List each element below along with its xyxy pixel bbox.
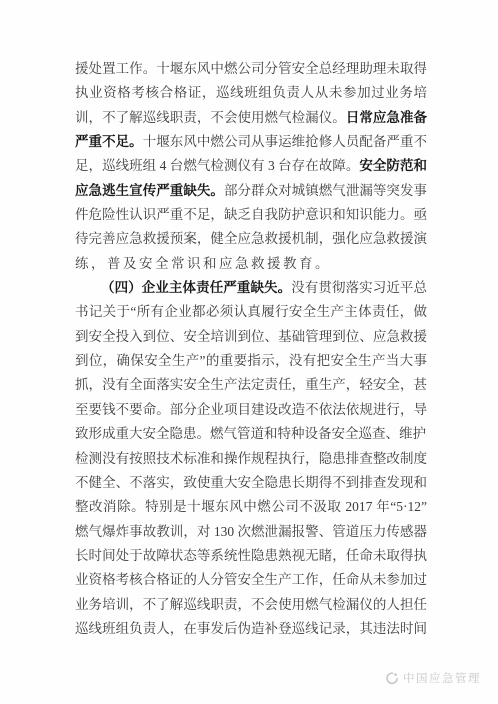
line-text: 到位，确保安全生产”的重要指示，没有把安全生产当大事 (75, 353, 427, 368)
text-line: 严重不足。十堰东风中燃公司从事运维抢修人员配备严重不 (75, 130, 427, 154)
line-text-bold: 日常应急准备 (346, 110, 427, 125)
line-text-bold: 安全防范和 (359, 158, 427, 173)
line-text: 巡线班组负责人，在事发后伪造补登巡线记录，其违法时间 (75, 621, 427, 636)
line-text: 业资格考核合格证的人分管安全生产工作，任命从未参加过 (75, 572, 427, 587)
line-text: 到安全投入到位、安全培训到位、基础管理到位、应急救援 (75, 329, 427, 344)
text-line: 到位，确保安全生产”的重要指示，没有把安全生产当大事 (75, 349, 427, 373)
text-line-paragraph-start: （四）企业主体责任严重缺失。没有贯彻落实习近平总 (75, 276, 427, 300)
line-text: 业务培训，不了解巡线职责，不会使用燃气检漏仪的人担任 (75, 597, 427, 612)
line-text: 致形成重大安全隐患。燃气管道和特种设备安全巡查、维护、 (75, 426, 427, 441)
text-line: 足，巡线班组 4 台燃气检测仪有 3 台存在故障。安全防范和 (75, 154, 427, 178)
text-line: 致形成重大安全隐患。燃气管道和特种设备安全巡查、维护、 (75, 422, 427, 446)
text-line: 到安全投入到位、安全培训到位、基础管理到位、应急救援 (75, 325, 427, 349)
line-text: 件危险性认识严重不足，缺乏自我防护意识和知识能力。亟 (75, 207, 427, 222)
text-line: 书记关于“所有企业都必须认真履行安全生产主体责任，做 (75, 300, 427, 324)
text-block: 援处置工作。十堰东风中燃公司分管安全总经理助理未取得 执业资格考核合格证，巡线班… (75, 57, 427, 641)
line-text: 书记关于“所有企业都必须认真履行安全生产主体责任，做 (75, 304, 427, 319)
text-line: 业务培训，不了解巡线职责，不会使用燃气检漏仪的人担任 (75, 593, 427, 617)
line-text: 不健全、不落实，致使重大安全隐患长期得不到排查发现和 (75, 475, 427, 490)
line-text: 燃气爆炸事故教训，对 130 次燃泄漏报警、管道压力传感器 (75, 524, 427, 539)
text-line: 燃气爆炸事故教训，对 130 次燃泄漏报警、管道压力传感器 (75, 520, 427, 544)
line-text: 十堰东风中燃公司从事运维抢修人员配备严重不 (143, 134, 427, 149)
line-text: 抓，没有全面落实安全生产法定责任，重生产，轻安全，甚 (75, 377, 427, 392)
line-text: 待完善应急救援预案，健全应急救援机制，强化应急救援演 (75, 231, 427, 246)
text-line: 训，不了解巡线职责，不会使用燃气检漏仪。日常应急准备 (75, 106, 427, 130)
text-line: 长时间处于故障状态等系统性隐患熟视无睹，任命未取得执 (75, 544, 427, 568)
line-text: 没有贯彻落实习近平总 (291, 280, 427, 295)
text-line: 巡线班组负责人，在事发后伪造补登巡线记录，其违法时间 (75, 617, 427, 641)
line-text: 练，普及安全常识和应急救援教育。 (75, 256, 331, 271)
line-text: 援处置工作。十堰东风中燃公司分管安全总经理助理未取得 (75, 61, 427, 76)
line-text: 部分群众对城镇燃气泄漏等突发事 (224, 183, 427, 198)
watermark-label: 中国应急管理 (403, 670, 481, 686)
text-line: 整改消除。特别是十堰东风中燃公司不汲取 2017 年“5·12” (75, 495, 427, 519)
text-line: 待完善应急救援预案，健全应急救援机制，强化应急救援演 (75, 227, 427, 251)
line-text: 至要钱不要命。部分企业项目建设改造不依法依规进行，导 (75, 402, 427, 417)
text-line: 件危险性认识严重不足，缺乏自我防护意识和知识能力。亟 (75, 203, 427, 227)
line-text: 整改消除。特别是十堰东风中燃公司不汲取 2017 年“5·12” (75, 499, 427, 514)
text-line: 不健全、不落实，致使重大安全隐患长期得不到排查发现和 (75, 471, 427, 495)
paragraph-heading-bold: （四）企业主体责任严重缺失。 (101, 280, 291, 295)
emergency-management-logo-icon (385, 671, 399, 685)
text-line: 练，普及安全常识和应急救援教育。 (75, 252, 427, 276)
line-text: 执业资格考核合格证，巡线班组负责人从未参加过业务培 (75, 85, 427, 100)
text-line: 业资格考核合格证的人分管安全生产工作，任命从未参加过 (75, 568, 427, 592)
line-text: 训，不了解巡线职责，不会使用燃气检漏仪。 (75, 110, 346, 125)
watermark: 中国应急管理 (385, 670, 481, 686)
line-text: 足，巡线班组 4 台燃气检测仪有 3 台存在故障。 (75, 158, 359, 173)
line-text-bold: 应急逃生宣传严重缺失。 (75, 183, 224, 198)
text-line: 应急逃生宣传严重缺失。部分群众对城镇燃气泄漏等突发事 (75, 179, 427, 203)
line-text: 长时间处于故障状态等系统性隐患熟视无睹，任命未取得执 (75, 548, 427, 563)
text-line: 检测没有按照技术标准和操作规程执行，隐患排查整改制度 (75, 447, 427, 471)
document-page: 援处置工作。十堰东风中燃公司分管安全总经理助理未取得 执业资格考核合格证，巡线班… (0, 0, 498, 704)
line-text: 检测没有按照技术标准和操作规程执行，隐患排查整改制度 (75, 451, 427, 466)
text-line: 执业资格考核合格证，巡线班组负责人从未参加过业务培 (75, 81, 427, 105)
text-line: 抓，没有全面落实安全生产法定责任，重生产，轻安全，甚 (75, 373, 427, 397)
text-line: 至要钱不要命。部分企业项目建设改造不依法依规进行，导 (75, 398, 427, 422)
line-text-bold: 严重不足。 (75, 134, 143, 149)
text-line: 援处置工作。十堰东风中燃公司分管安全总经理助理未取得 (75, 57, 427, 81)
